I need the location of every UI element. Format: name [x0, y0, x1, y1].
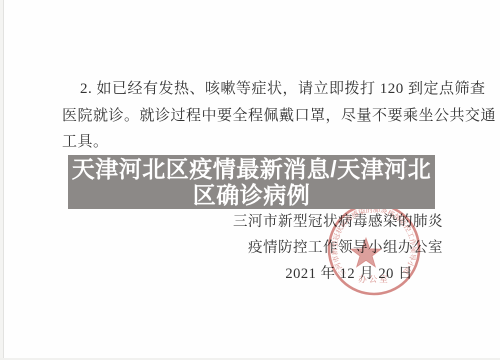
- page-edge-line: [3, 0, 4, 360]
- seal-graphic: 三河市新型冠状病毒感染的肺炎疫情防控工作领导小组 办公室: [326, 201, 422, 297]
- paragraph-line-1: 2. 如已经有发热、咳嗽等症状，请立即拨打 120 到定点筛查: [62, 76, 496, 103]
- title-line-1: 天津河北区疫情最新消息/天津河北: [72, 156, 431, 182]
- official-seal-stamp: 三河市新型冠状病毒感染的肺炎疫情防控工作领导小组 办公室: [326, 201, 422, 297]
- paragraph-line-3: 工具。: [62, 129, 496, 156]
- title-overlay-banner: 天津河北区疫情最新消息/天津河北 区确诊病例: [68, 155, 435, 209]
- seal-star-icon: [351, 238, 381, 267]
- document-page: 2. 如已经有发热、咳嗽等症状，请立即拨打 120 到定点筛查 医院就诊。就诊过…: [0, 0, 500, 360]
- seal-bottom-text: 办公室: [358, 274, 390, 284]
- body-paragraph: 2. 如已经有发热、咳嗽等症状，请立即拨打 120 到定点筛查 医院就诊。就诊过…: [62, 76, 496, 156]
- paragraph-line-2: 医院就诊。就诊过程中要全程佩戴口罩，尽量不要乘坐公共交通: [62, 103, 496, 130]
- title-line-2: 区确诊病例: [193, 182, 311, 208]
